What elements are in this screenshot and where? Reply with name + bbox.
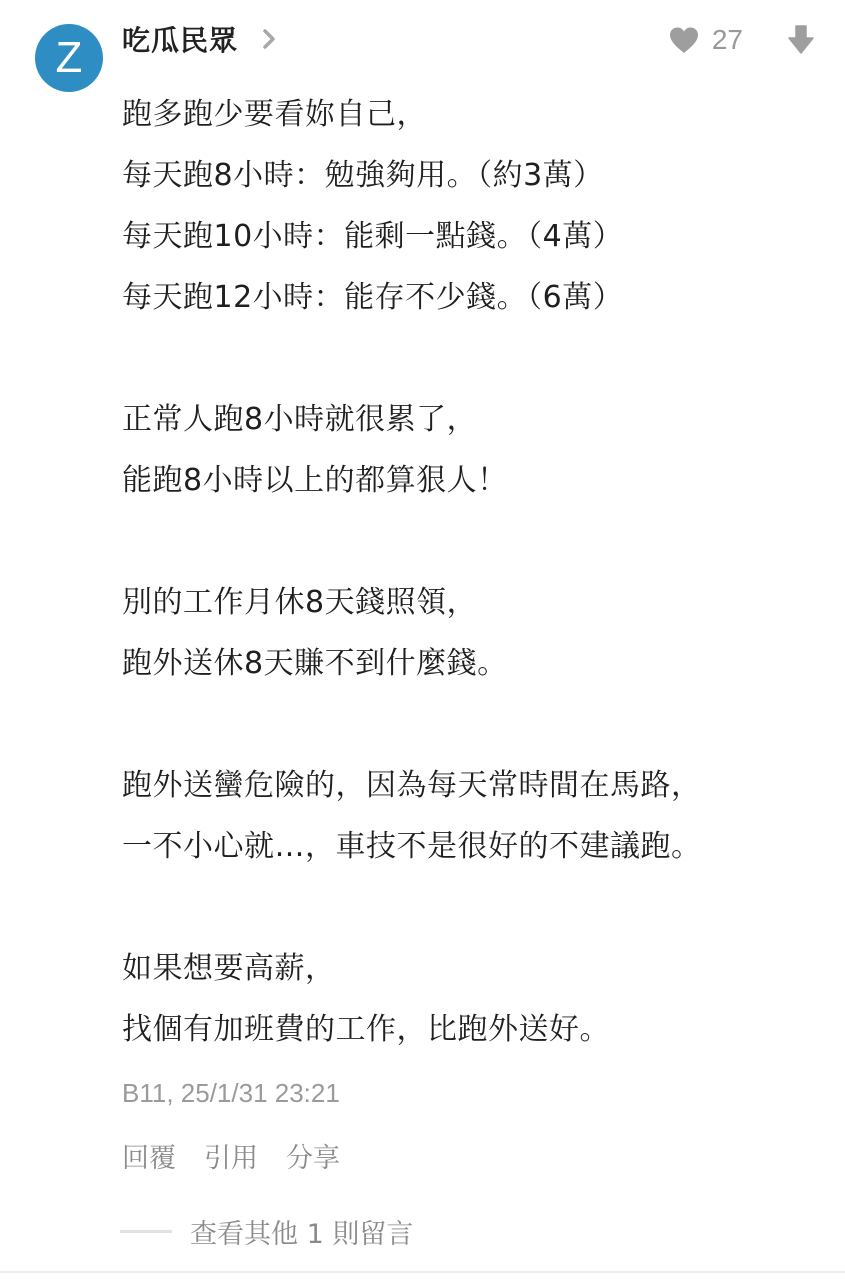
body-line: 找個有加班費的工作，比跑外送好。 bbox=[122, 999, 822, 1060]
dash-divider bbox=[120, 1230, 172, 1233]
view-more-replies-link[interactable]: 查看其他 1 則留言 bbox=[120, 1212, 413, 1251]
reply-button[interactable]: 回覆 bbox=[122, 1136, 176, 1175]
quote-button[interactable]: 引用 bbox=[204, 1136, 258, 1175]
top-actions: 27 bbox=[668, 20, 815, 60]
comment-card: Z 吃瓜民眾 27 跑多跑少要看妳自己， 每天跑8小時：勉強夠用。（約3萬） 每… bbox=[0, 0, 845, 1272]
author-name[interactable]: 吃瓜民眾 bbox=[122, 19, 238, 59]
body-line: 每天跑10小時：能剩一點錢。（4萬） bbox=[122, 206, 822, 267]
body-line: 跑外送蠻危險的，因為每天常時間在馬路， bbox=[122, 755, 822, 816]
body-line bbox=[122, 511, 822, 572]
body-line: 正常人跑8小時就很累了， bbox=[122, 389, 822, 450]
bottom-divider bbox=[0, 1271, 845, 1273]
downvote-button[interactable] bbox=[787, 25, 815, 55]
avatar[interactable]: Z bbox=[35, 24, 103, 92]
body-line: 每天跑12小時：能存不少錢。（6萬） bbox=[122, 267, 822, 328]
body-line: 一不小心就…，車技不是很好的不建議跑。 bbox=[122, 816, 822, 877]
comment-meta: B11, 25/1/31 23:21 bbox=[122, 1078, 340, 1109]
body-line bbox=[122, 694, 822, 755]
arrow-down-icon bbox=[787, 25, 815, 55]
avatar-letter: Z bbox=[56, 36, 83, 80]
body-line: 能跑8小時以上的都算狠人！ bbox=[122, 450, 822, 511]
view-more-replies-label: 查看其他 1 則留言 bbox=[190, 1212, 413, 1251]
author-row[interactable]: 吃瓜民眾 bbox=[122, 18, 282, 60]
body-line: 別的工作月休8天錢照領， bbox=[122, 572, 822, 633]
body-line: 跑多跑少要看妳自己， bbox=[122, 84, 822, 145]
heart-icon bbox=[668, 26, 700, 54]
like-count: 27 bbox=[712, 24, 743, 56]
comment-body: 跑多跑少要看妳自己， 每天跑8小時：勉強夠用。（約3萬） 每天跑10小時：能剩一… bbox=[122, 84, 822, 1060]
body-line: 跑外送休8天賺不到什麼錢。 bbox=[122, 633, 822, 694]
like-button[interactable]: 27 bbox=[668, 24, 743, 56]
chevron-right-icon[interactable] bbox=[256, 26, 282, 52]
body-line: 如果想要高薪， bbox=[122, 938, 822, 999]
body-line bbox=[122, 877, 822, 938]
body-line: 每天跑8小時：勉強夠用。（約3萬） bbox=[122, 145, 822, 206]
share-button[interactable]: 分享 bbox=[286, 1136, 340, 1175]
body-line bbox=[122, 328, 822, 389]
comment-actions: 回覆 引用 分享 bbox=[122, 1136, 368, 1175]
